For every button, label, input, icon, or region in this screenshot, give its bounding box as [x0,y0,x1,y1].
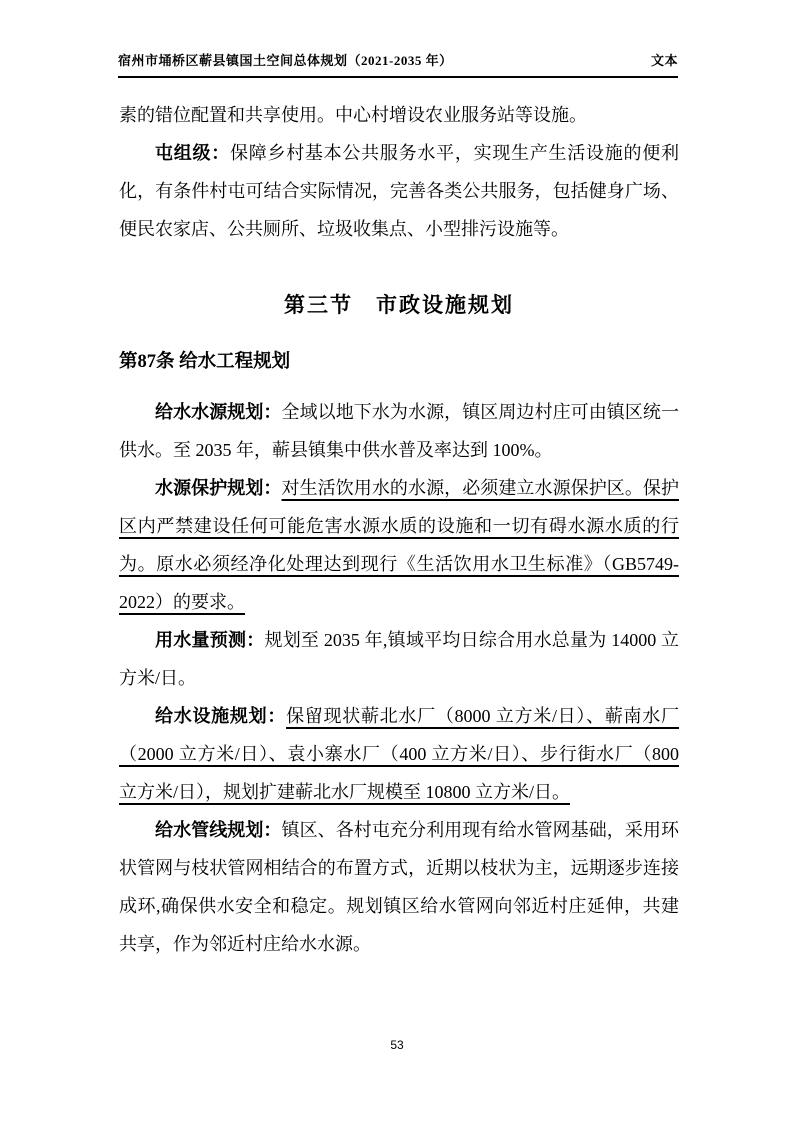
paragraph-tunzu-level: 屯组级：保障乡村基本公共服务水平，实现生产生活设施的便利化，有条件村屯可结合实际… [119,134,679,248]
document-page: 宿州市埇桥区蕲县镇国土空间总体规划（2021-2035 年） 文本 素的错位配置… [0,0,794,1123]
document-body: 素的错位配置和共享使用。中心村增设农业服务站等设施。屯组级：保障乡村基本公共服务… [119,96,679,963]
header-title: 宿州市埇桥区蕲县镇国土空间总体规划（2021-2035 年） [118,50,453,69]
header-doc-type-label: 文本 [651,50,678,69]
text-segment: 给水设施规划： [155,706,286,726]
text-segment: 水源保护规划： [155,478,282,498]
page-header: 宿州市埇桥区蕲县镇国土空间总体规划（2021-2035 年） 文本 [118,50,678,78]
text-segment: 屯组级： [155,143,230,163]
paragraph-source-protection-plan: 水源保护规划：对生活饮用水的水源，必须建立水源保护区。保护区内严禁建设任何可能危… [119,469,679,621]
page-number: 53 [390,1038,403,1052]
page-footer: 53 [0,1038,794,1052]
text-segment: 给水水源规划： [155,402,282,422]
text-segment: 镇区、各村屯充分利用现有给水管网基础，采用环状管网与枝状管网相结合的布置方式，近… [119,820,679,954]
paragraph-water-facilities-plan: 给水设施规划：保留现状蕲北水厂（8000 立方米/日）、蕲南水厂（2000 立方… [119,697,679,811]
text-segment: 对生活饮用水的水源，必须建立水源保护区。保护区内严禁建设任何可能危害水源水质的设… [119,478,679,612]
paragraph-water-demand-forecast: 用水量预测：规划至 2035 年,镇域平均日综合用水总量为 14000 立方米/… [119,621,679,697]
paragraph-continued-from-previous-page: 素的错位配置和共享使用。中心村增设农业服务站等设施。 [119,96,679,134]
text-segment: 用水量预测： [155,630,264,650]
text-segment: 给水管线规划： [155,820,282,840]
article-heading: 第87条 给水工程规划 [119,343,679,381]
paragraph-water-source-plan: 给水水源规划：全域以地下水为水源，镇区周边村庄可由镇区统一供水。至 2035 年… [119,393,679,469]
paragraph-water-pipeline-plan: 给水管线规划：镇区、各村屯充分利用现有给水管网基础，采用环状管网与枝状管网相结合… [119,811,679,963]
text-segment: 素的错位配置和共享使用。中心村增设农业服务站等设施。 [119,105,587,125]
section-heading: 第三节 市政设施规划 [119,285,679,325]
